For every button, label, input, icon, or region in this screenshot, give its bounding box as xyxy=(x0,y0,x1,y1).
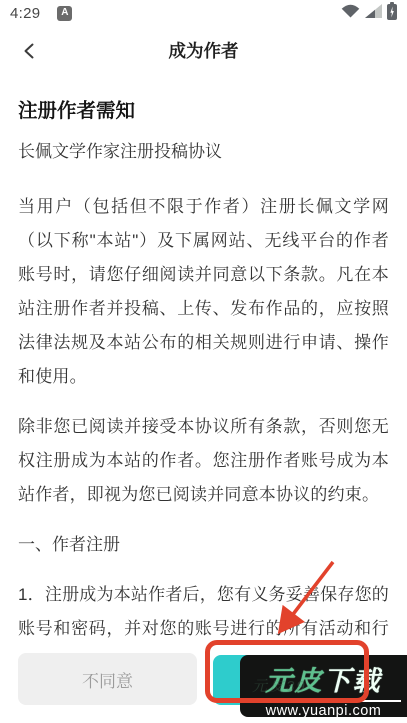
page-title: 成为作者 xyxy=(0,26,407,74)
notification-app-icon: A xyxy=(57,6,72,21)
disagree-button[interactable]: 不同意 xyxy=(18,653,197,705)
battery-charging-icon xyxy=(387,2,397,25)
watermark-overlay: 元皮39 元皮 下载 www.yuanpi.com xyxy=(240,655,407,717)
status-time: 4:29 xyxy=(10,5,40,22)
watermark-ghost-text: 元皮39 xyxy=(252,675,307,696)
notice-heading: 注册作者需知 xyxy=(18,98,389,124)
status-bar: 4:29 A xyxy=(0,0,407,26)
watermark-brand-white: 下载 xyxy=(324,659,382,698)
cellular-signal-icon xyxy=(365,4,382,23)
agreement-paragraph: 当用户（包括但不限于作者）注册长佩文学网（以下称"本站"）及下属网站、无线平台的… xyxy=(18,190,389,394)
wifi-icon xyxy=(341,4,360,23)
agreement-content: 注册作者需知 长佩文学作家注册投稿协议 当用户（包括但不限于作者）注册长佩文学网… xyxy=(0,74,407,714)
section-heading: 一、作者注册 xyxy=(18,533,389,557)
watermark-url: www.yuanpi.com xyxy=(246,700,401,717)
agreement-paragraph: 除非您已阅读并接受本协议所有条款，否则您无权注册成为本站的作者。您注册作者账号成… xyxy=(18,410,389,512)
agreement-subtitle: 长佩文学作家注册投稿协议 xyxy=(18,141,389,163)
header: 成为作者 xyxy=(0,26,407,74)
status-icons xyxy=(341,2,397,25)
app-screen: 4:29 A 成为作者 注册作者需知 长佩文学作家注册投稿协议 当用户（包括但不… xyxy=(0,0,407,723)
